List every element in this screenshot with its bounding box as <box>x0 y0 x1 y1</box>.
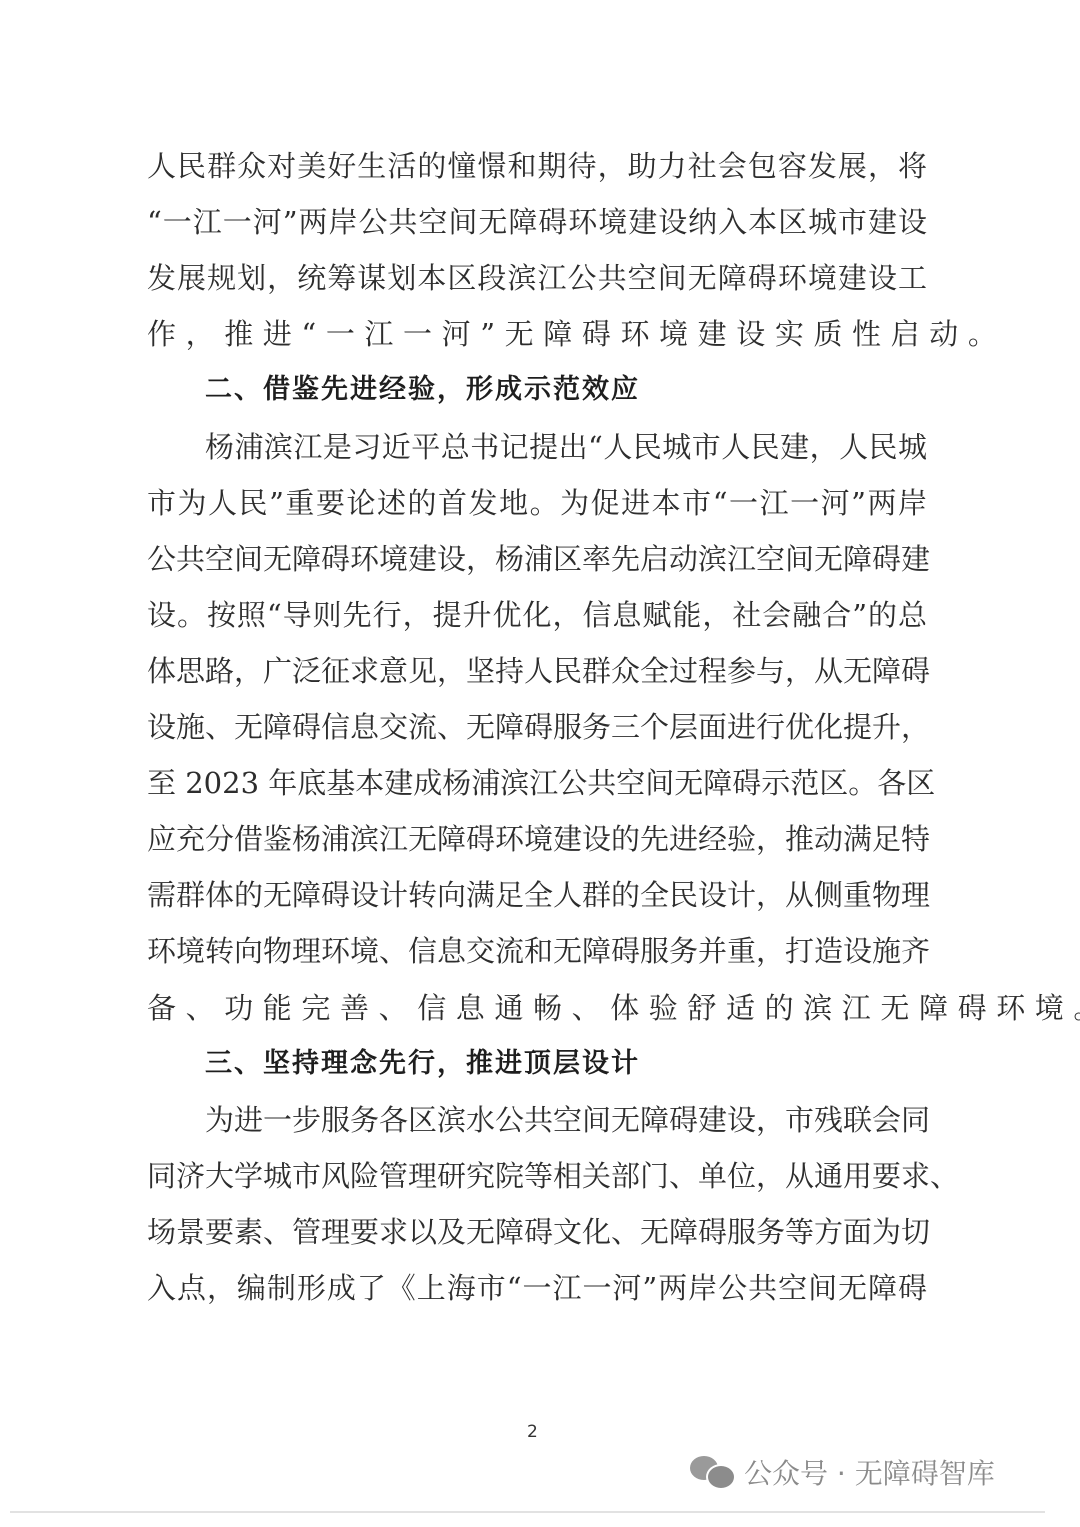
text-line: 市为人民”重要论述的首发地。为促进本市“一江一河”两岸 <box>147 483 927 523</box>
section-heading: 二、借鉴先进经验，形成示范效应 <box>205 370 927 410</box>
text-line: 环境转向物理环境、信息交流和无障碍服务并重，打造设施齐 <box>147 931 927 971</box>
text-line: 发展规划，统筹谋划本区段滨江公共空间无障碍环境建设工 <box>147 258 927 298</box>
bottom-divider <box>10 1511 1045 1513</box>
text-line: 人民群众对美好生活的憧憬和期待，助力社会包容发展，将 <box>147 146 927 186</box>
watermark: 公众号 · 无障碍智库 <box>690 1452 995 1492</box>
text-line: 需群体的无障碍设计转向满足全人群的全民设计，从侧重物理 <box>147 875 927 915</box>
watermark-text: 公众号 · 无障碍智库 <box>744 1452 995 1492</box>
text-line: 作，推进“一江一河”无障碍环境建设实质性启动。 <box>147 314 927 354</box>
text-line: 设。按照“导则先行，提升优化，信息赋能，社会融合”的总 <box>147 595 927 635</box>
text-line: 体思路，广泛征求意见，坚持人民群众全过程参与，从无障碍 <box>147 651 927 691</box>
text-line: 同济大学城市风险管理研究院等相关部门、单位，从通用要求、 <box>147 1156 927 1196</box>
text-line: 入点，编制形成了《上海市“一江一河”两岸公共空间无障碍 <box>147 1268 927 1308</box>
text-line: 杨浦滨江是习近平总书记提出“人民城市人民建，人民城 <box>205 427 927 467</box>
text-line: 应充分借鉴杨浦滨江无障碍环境建设的先进经验，推动满足特 <box>147 819 927 859</box>
wechat-icon <box>690 1454 736 1490</box>
text-line: 场景要素、管理要求以及无障碍文化、无障碍服务等方面为切 <box>147 1212 927 1252</box>
document-page: 人民群众对美好生活的憧憬和期待，助力社会包容发展，将“一江一河”两岸公共空间无障… <box>0 0 1080 1527</box>
text-line: 备、功能完善、信息通畅、体验舒适的滨江无障碍环境。 <box>147 988 927 1028</box>
text-line: 至 2023 年底基本建成杨浦滨江公共空间无障碍示范区。各区 <box>147 763 927 803</box>
text-line: 为进一步服务各区滨水公共空间无障碍建设，市残联会同 <box>205 1100 927 1140</box>
text-line: 公共空间无障碍环境建设，杨浦区率先启动滨江空间无障碍建 <box>147 539 927 579</box>
section-heading: 三、坚持理念先行，推进顶层设计 <box>205 1044 927 1084</box>
text-line: “一江一河”两岸公共空间无障碍环境建设纳入本区城市建设 <box>147 202 927 242</box>
text-line: 设施、无障碍信息交流、无障碍服务三个层面进行优化提升， <box>147 707 927 747</box>
page-number: 2 <box>527 1422 538 1442</box>
